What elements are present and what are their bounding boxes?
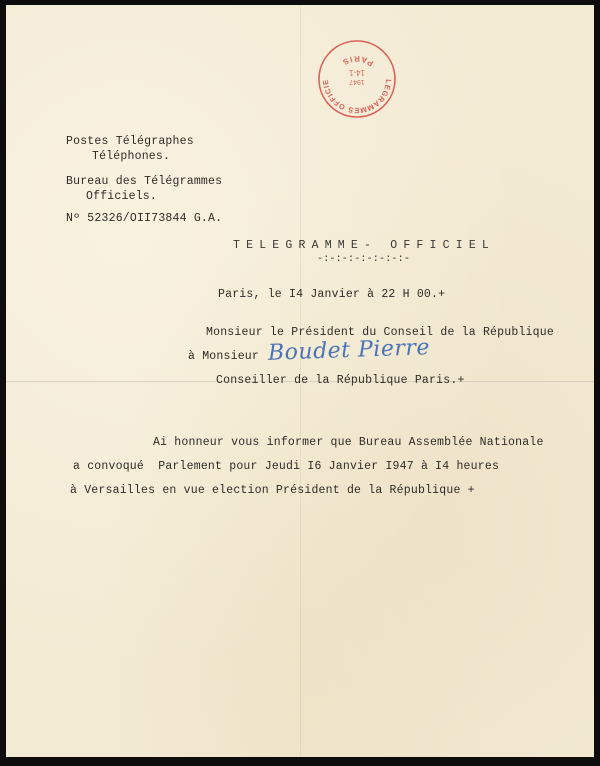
- body-line-1: Ai honneur vous informer que Bureau Asse…: [153, 436, 544, 449]
- org-line-1: Postes Télégraphes: [66, 135, 194, 148]
- recipient-prefix: à Monsieur: [188, 350, 259, 363]
- telegram-page: TELEGRAMMES OFFICIELS PARIS 1947 14-1 Po…: [6, 5, 594, 757]
- handwritten-recipient-name: Boudet Pierre: [268, 335, 431, 366]
- body-line-2: a convoqué Parlement pour Jeudi I6 Janvi…: [73, 460, 499, 473]
- svg-text:14-1: 14-1: [348, 68, 365, 77]
- recipient-title: Conseiller de la République Paris.+: [216, 374, 465, 387]
- body-line-3: à Versailles en vue election Président d…: [70, 484, 475, 497]
- postal-stamp-icon: TELEGRAMMES OFFICIELS PARIS 1947 14-1: [316, 38, 398, 120]
- dateline: Paris, le I4 Janvier à 22 H 00.+: [218, 288, 445, 301]
- org-line-2: Téléphones.: [92, 150, 170, 163]
- bureau-line-2: Officiels.: [86, 190, 157, 203]
- svg-text:1947: 1947: [349, 78, 365, 85]
- telegram-title: TELEGRAMME- OFFICIEL: [233, 239, 495, 252]
- title-underline: -:-:-:-:-:-:-:-: [317, 254, 410, 265]
- svg-text:PARIS: PARIS: [339, 54, 375, 68]
- reference-number: Nº 52326/OII73844 G.A.: [66, 212, 222, 225]
- bureau-line-1: Bureau des Télégrammes: [66, 175, 222, 188]
- svg-text:TELEGRAMMES OFFICIELS: TELEGRAMMES OFFICIELS: [321, 79, 398, 120]
